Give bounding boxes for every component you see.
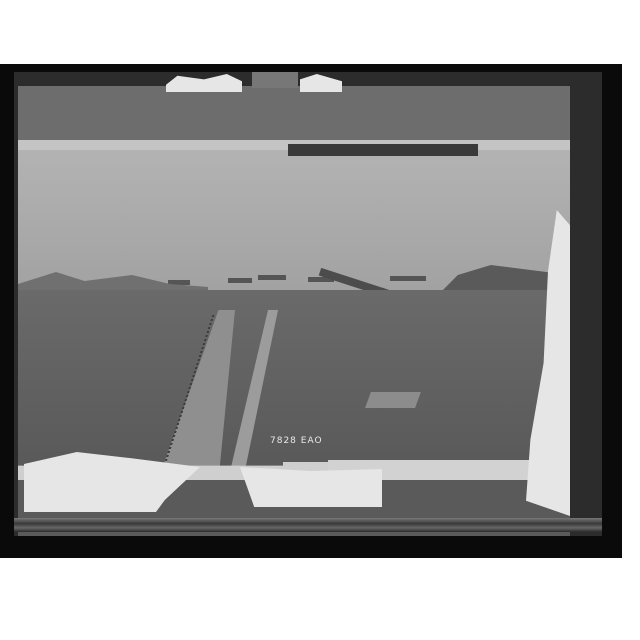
park-lawn: [18, 290, 570, 480]
dark-horizon-strip: [288, 144, 478, 156]
glass-plate: 7828 EAO: [14, 72, 602, 536]
plate-label: 7828 EAO: [270, 436, 323, 446]
shed-roof: [365, 392, 421, 408]
harbor-scene: [18, 140, 570, 480]
bottom-rail: [14, 518, 602, 532]
paper-tape: [300, 74, 342, 92]
ship: [228, 278, 252, 283]
ship: [258, 275, 286, 280]
top-border-band: [18, 86, 570, 140]
sailing-ship: [390, 276, 426, 281]
top-tab: [252, 72, 298, 88]
paper-tape: [240, 467, 382, 507]
paper-tape: [166, 74, 242, 92]
photo-frame: 7828 EAO: [0, 64, 622, 558]
